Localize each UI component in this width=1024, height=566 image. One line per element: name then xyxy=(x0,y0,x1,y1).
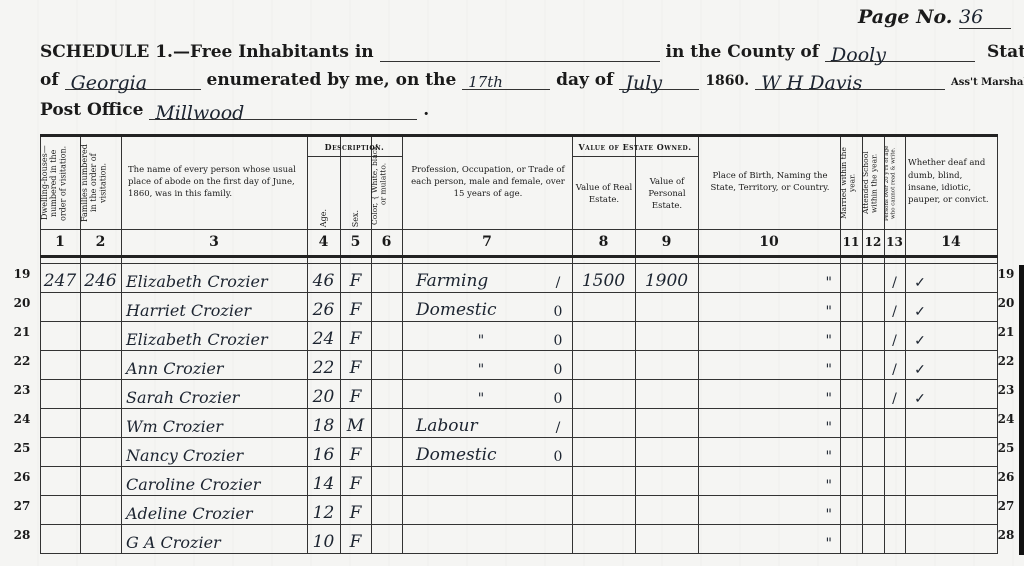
family-number-cell xyxy=(80,322,121,351)
cannot-read-cell: / xyxy=(884,322,905,351)
occupation-tally-mark: 0 xyxy=(546,438,570,467)
dwelling-number-cell xyxy=(40,293,80,322)
sex-cell: F xyxy=(340,380,371,409)
county-label: in the County of xyxy=(666,42,820,62)
real-estate-value-cell xyxy=(572,293,635,322)
line-number-left: 25 xyxy=(10,441,34,455)
married-cell xyxy=(840,525,862,554)
family-number-cell xyxy=(80,438,121,467)
table-row: Adeline Crozier12F" xyxy=(40,496,998,525)
census-page: Page No. 36 SCHEDULE 1.—Free Inhabitants… xyxy=(0,0,1024,566)
disability-cell xyxy=(905,409,935,438)
enumeration-line: of Georgia enumerated by me, on the 17th… xyxy=(40,70,1024,90)
header-dwelling: Dwelling-houses—numbered in the order of… xyxy=(40,139,80,227)
sex-cell: M xyxy=(340,409,371,438)
color-cell xyxy=(371,438,402,467)
birthplace-cell: " xyxy=(698,438,840,467)
disability-cell: ✓ xyxy=(905,322,935,351)
colnum-14: 14 xyxy=(905,229,997,255)
cannot-read-cell xyxy=(884,409,905,438)
county-field: Dooly xyxy=(825,44,975,62)
person-name-cell: Wm Crozier xyxy=(126,409,307,438)
disability-cell xyxy=(905,438,935,467)
sex-cell: F xyxy=(340,264,371,293)
colnum-5: 5 xyxy=(340,229,371,255)
header-occupation: Profession, Occupation, or Trade of each… xyxy=(408,147,568,217)
school-cell xyxy=(862,467,884,496)
real-estate-value-cell xyxy=(572,467,635,496)
cannot-read-cell xyxy=(884,525,905,554)
disability-cell: ✓ xyxy=(905,293,935,322)
personal-estate-value-cell xyxy=(635,496,698,525)
married-cell xyxy=(840,409,862,438)
header-birthplace: Place of Birth, Naming the State, Territ… xyxy=(704,147,836,217)
of-label: of xyxy=(40,70,59,90)
occupation-cell xyxy=(416,525,546,554)
sex-cell: F xyxy=(340,525,371,554)
line-number-left: 28 xyxy=(10,528,34,542)
age-cell: 22 xyxy=(307,351,340,380)
header-family: Families numbered in the order of visita… xyxy=(80,139,121,227)
dwelling-number-cell xyxy=(40,322,80,351)
header-cannot-read: Persons over 20 y'rs of age who cannot r… xyxy=(884,139,905,227)
page-edge xyxy=(1019,265,1024,555)
birthplace-cell: " xyxy=(698,351,840,380)
birthplace-cell: " xyxy=(698,409,840,438)
color-cell xyxy=(371,293,402,322)
occupation-cell: " xyxy=(416,380,546,409)
real-estate-value-cell xyxy=(572,525,635,554)
person-name-cell: Caroline Crozier xyxy=(126,467,307,496)
colnum-8: 8 xyxy=(572,229,635,255)
table-row: 247246Elizabeth Crozier46FFarming/150019… xyxy=(40,264,998,293)
person-name-cell: Elizabeth Crozier xyxy=(126,264,307,293)
dwelling-number-cell xyxy=(40,467,80,496)
line-number-right: 26 xyxy=(994,470,1018,484)
table-row: Caroline Crozier14F" xyxy=(40,467,998,496)
person-name-cell: Sarah Crozier xyxy=(126,380,307,409)
page-number-value: 36 xyxy=(959,6,1011,29)
family-number-cell xyxy=(80,496,121,525)
birthplace-cell: " xyxy=(698,293,840,322)
cannot-read-cell: / xyxy=(884,380,905,409)
age-cell: 14 xyxy=(307,467,340,496)
cannot-read-cell: / xyxy=(884,264,905,293)
occupation-cell xyxy=(416,496,546,525)
line-number-left: 26 xyxy=(10,470,34,484)
married-cell xyxy=(840,438,862,467)
occupation-tally-mark: / xyxy=(546,409,570,438)
header-personal-estate: Value of Personal Estate. xyxy=(637,161,697,227)
color-cell xyxy=(371,322,402,351)
page-number-label: Page No. xyxy=(858,6,952,28)
post-office-field: Millwood xyxy=(149,102,417,120)
married-cell xyxy=(840,467,862,496)
disability-cell: ✓ xyxy=(905,264,935,293)
colnum-2: 2 xyxy=(80,229,121,255)
marshal-label: Ass't Marshal. xyxy=(951,77,1024,88)
township-blank xyxy=(380,44,660,62)
line-number-left: 21 xyxy=(10,325,34,339)
school-cell xyxy=(862,351,884,380)
age-cell: 24 xyxy=(307,322,340,351)
age-cell: 12 xyxy=(307,496,340,525)
header-sex: Sex. xyxy=(340,159,371,227)
occupation-tally-mark: 0 xyxy=(546,322,570,351)
birthplace-cell: " xyxy=(698,467,840,496)
cannot-read-cell xyxy=(884,467,905,496)
dwelling-number-cell xyxy=(40,351,80,380)
personal-estate-value-cell xyxy=(635,409,698,438)
colnum-4: 4 xyxy=(307,229,340,255)
family-number-cell xyxy=(80,409,121,438)
person-name-cell: Ann Crozier xyxy=(126,351,307,380)
married-cell xyxy=(840,351,862,380)
age-cell: 10 xyxy=(307,525,340,554)
sex-cell: F xyxy=(340,293,371,322)
real-estate-value-cell: 1500 xyxy=(572,264,635,293)
school-cell xyxy=(862,264,884,293)
estate-group-header: Value of Estate Owned. xyxy=(572,137,698,157)
age-cell: 16 xyxy=(307,438,340,467)
school-cell xyxy=(862,496,884,525)
schedule-title: SCHEDULE 1.—Free Inhabitants in xyxy=(40,42,374,62)
real-estate-value-cell xyxy=(572,438,635,467)
color-cell xyxy=(371,380,402,409)
table-row: Harriet Crozier26FDomestic0"/✓ xyxy=(40,293,998,322)
header-school: Attended School within the year. xyxy=(862,139,884,227)
dwelling-number-cell xyxy=(40,496,80,525)
occupation-tally-mark: / xyxy=(546,264,570,293)
married-cell xyxy=(840,380,862,409)
school-cell xyxy=(862,322,884,351)
colnum-1: 1 xyxy=(40,229,80,255)
colnum-6: 6 xyxy=(371,229,402,255)
occupation-tally-mark xyxy=(546,496,570,525)
age-cell: 26 xyxy=(307,293,340,322)
dwelling-number-cell xyxy=(40,380,80,409)
birthplace-cell: " xyxy=(698,264,840,293)
disability-cell xyxy=(905,525,935,554)
line-number-right: 25 xyxy=(994,441,1018,455)
line-number-left: 27 xyxy=(10,499,34,513)
personal-estate-value-cell xyxy=(635,351,698,380)
cannot-read-cell xyxy=(884,438,905,467)
married-cell xyxy=(840,264,862,293)
school-cell xyxy=(862,380,884,409)
color-cell xyxy=(371,496,402,525)
personal-estate-value-cell xyxy=(635,525,698,554)
disability-cell: ✓ xyxy=(905,351,935,380)
line-number-right: 20 xyxy=(994,296,1018,310)
person-name-cell: Nancy Crozier xyxy=(126,438,307,467)
occupation-cell xyxy=(416,467,546,496)
colnum-12: 12 xyxy=(862,229,884,255)
school-cell xyxy=(862,409,884,438)
age-cell: 20 xyxy=(307,380,340,409)
post-office-line: Post Office Millwood . xyxy=(40,100,429,120)
sex-cell: F xyxy=(340,322,371,351)
post-office-label: Post Office xyxy=(40,100,143,120)
census-table: Description. Value of Estate Owned. Dwel… xyxy=(40,134,998,554)
color-cell xyxy=(371,409,402,438)
person-name-cell: Adeline Crozier xyxy=(126,496,307,525)
personal-estate-value-cell xyxy=(635,293,698,322)
age-cell: 18 xyxy=(307,409,340,438)
line-number-left: 24 xyxy=(10,412,34,426)
colnum-7: 7 xyxy=(402,229,572,255)
occupation-tally-mark xyxy=(546,467,570,496)
state-label: State xyxy=(987,42,1024,62)
line-number-left: 22 xyxy=(10,354,34,368)
table-row: Ann Crozier22F"0"/✓ xyxy=(40,351,998,380)
color-cell xyxy=(371,525,402,554)
occupation-tally-mark xyxy=(546,525,570,554)
table-row: Sarah Crozier20F"0"/✓ xyxy=(40,380,998,409)
sex-cell: F xyxy=(340,467,371,496)
occupation-cell: Domestic xyxy=(416,293,546,322)
married-cell xyxy=(840,293,862,322)
line-number-left: 19 xyxy=(10,267,34,281)
line-number-right: 27 xyxy=(994,499,1018,513)
dwelling-number-cell xyxy=(40,409,80,438)
color-cell xyxy=(371,264,402,293)
line-number-right: 21 xyxy=(994,325,1018,339)
occupation-tally-mark: 0 xyxy=(546,380,570,409)
personal-estate-value-cell xyxy=(635,322,698,351)
line-number-left: 23 xyxy=(10,383,34,397)
enumerated-label: enumerated by me, on the xyxy=(207,70,457,90)
real-estate-value-cell xyxy=(572,496,635,525)
married-cell xyxy=(840,496,862,525)
page-number-line: Page No. 36 xyxy=(858,6,1011,29)
birthplace-cell: " xyxy=(698,322,840,351)
line-number-right: 19 xyxy=(994,267,1018,281)
real-estate-value-cell xyxy=(572,380,635,409)
schedule-title-line: SCHEDULE 1.—Free Inhabitants in in the C… xyxy=(40,42,1024,62)
sex-cell: F xyxy=(340,351,371,380)
line-number-left: 20 xyxy=(10,296,34,310)
header-disability: Whether deaf and dumb, blind, insane, id… xyxy=(908,147,994,217)
person-name-cell: Elizabeth Crozier xyxy=(126,322,307,351)
family-number-cell xyxy=(80,293,121,322)
occupation-cell: " xyxy=(416,322,546,351)
personal-estate-value-cell: 1900 xyxy=(635,264,698,293)
family-number-cell xyxy=(80,525,121,554)
personal-estate-value-cell xyxy=(635,467,698,496)
birthplace-cell: " xyxy=(698,380,840,409)
disability-cell: ✓ xyxy=(905,380,935,409)
line-number-right: 28 xyxy=(994,528,1018,542)
colnum-11: 11 xyxy=(840,229,862,255)
table-row: Wm Crozier18MLabour/" xyxy=(40,409,998,438)
occupation-cell: Labour xyxy=(416,409,546,438)
birthplace-cell: " xyxy=(698,496,840,525)
real-estate-value-cell xyxy=(572,409,635,438)
dwelling-number-cell xyxy=(40,438,80,467)
person-name-cell: Harriet Crozier xyxy=(126,293,307,322)
colnum-10: 10 xyxy=(698,229,840,255)
table-row: Elizabeth Crozier24F"0"/✓ xyxy=(40,322,998,351)
married-cell xyxy=(840,322,862,351)
disability-cell xyxy=(905,496,935,525)
marshal-field: W H Davis xyxy=(755,72,945,90)
birthplace-cell: " xyxy=(698,525,840,554)
person-name-cell: G A Crozier xyxy=(126,525,307,554)
cannot-read-cell: / xyxy=(884,293,905,322)
personal-estate-value-cell xyxy=(635,380,698,409)
sex-cell: F xyxy=(340,496,371,525)
month-field: July xyxy=(619,72,699,90)
occupation-cell: " xyxy=(416,351,546,380)
dwelling-number-cell: 247 xyxy=(40,264,80,293)
color-cell xyxy=(371,467,402,496)
colnum-3: 3 xyxy=(121,229,307,255)
colnum-9: 9 xyxy=(635,229,698,255)
day-field: 17th xyxy=(462,72,550,90)
header-color: Color, { White, black, or mulatto. xyxy=(371,141,402,227)
day-of-label: day of xyxy=(556,70,613,90)
school-cell xyxy=(862,525,884,554)
year-label: 1860. xyxy=(705,73,749,89)
line-number-right: 24 xyxy=(994,412,1018,426)
real-estate-value-cell xyxy=(572,322,635,351)
family-number-cell xyxy=(80,467,121,496)
real-estate-value-cell xyxy=(572,351,635,380)
occupation-cell: Farming xyxy=(416,264,546,293)
family-number-cell: 246 xyxy=(80,264,121,293)
family-number-cell xyxy=(80,351,121,380)
state-field: Georgia xyxy=(65,72,201,90)
cannot-read-cell: / xyxy=(884,351,905,380)
occupation-tally-mark: 0 xyxy=(546,351,570,380)
disability-cell xyxy=(905,467,935,496)
line-number-right: 22 xyxy=(994,354,1018,368)
colnum-13: 13 xyxy=(884,229,905,255)
header-real-estate: Value of Real Estate. xyxy=(574,161,634,227)
sex-cell: F xyxy=(340,438,371,467)
cannot-read-cell xyxy=(884,496,905,525)
header-married: Married within the year. xyxy=(840,139,862,227)
personal-estate-value-cell xyxy=(635,438,698,467)
table-row: Nancy Crozier16FDomestic0" xyxy=(40,438,998,467)
age-cell: 46 xyxy=(307,264,340,293)
color-cell xyxy=(371,351,402,380)
occupation-tally-mark: 0 xyxy=(546,293,570,322)
header-age: Age. xyxy=(307,159,340,227)
school-cell xyxy=(862,293,884,322)
table-row: G A Crozier10F" xyxy=(40,525,998,554)
occupation-cell: Domestic xyxy=(416,438,546,467)
family-number-cell xyxy=(80,380,121,409)
line-number-right: 23 xyxy=(994,383,1018,397)
school-cell xyxy=(862,438,884,467)
header-name: The name of every person whose usual pla… xyxy=(128,147,300,217)
dwelling-number-cell xyxy=(40,525,80,554)
